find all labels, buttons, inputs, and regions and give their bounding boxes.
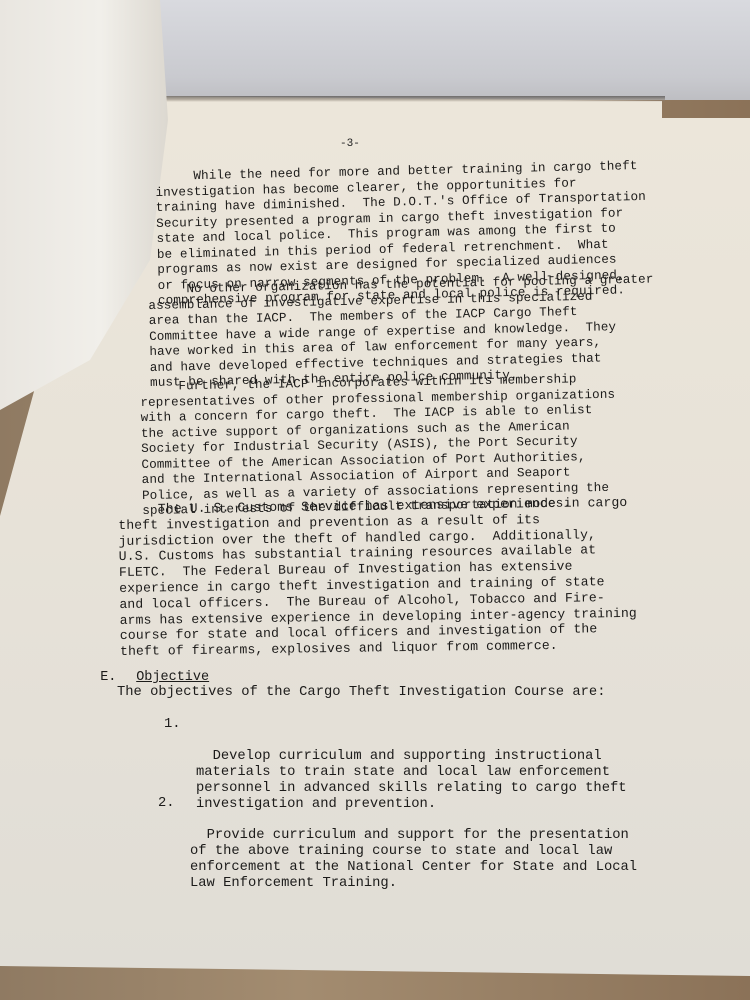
objective-item: 2. Provide curriculum and support for th… bbox=[190, 796, 637, 892]
section-letter: E. bbox=[100, 670, 136, 685]
page-edge-shadow bbox=[150, 96, 665, 102]
item-number: 2. bbox=[158, 796, 175, 812]
page-number: -3- bbox=[340, 138, 360, 150]
section-heading: E.Objective bbox=[84, 655, 209, 685]
paragraph-federal-agencies: The U. S. Customs Service has extensive … bbox=[118, 495, 637, 660]
item-number: 1. bbox=[164, 717, 181, 733]
item-text: Provide curriculum and support for the p… bbox=[190, 828, 637, 891]
section-title: Objective bbox=[136, 670, 209, 685]
section-intro: The objectives of the Cargo Theft Invest… bbox=[117, 685, 606, 700]
